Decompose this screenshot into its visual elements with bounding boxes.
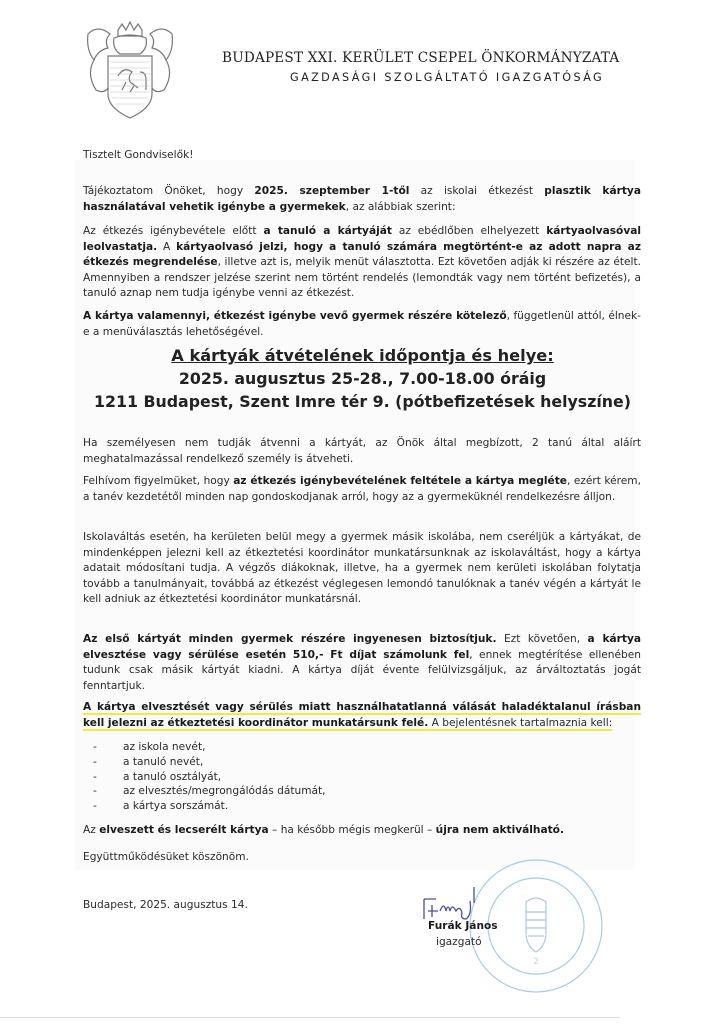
org-department: GAZDASÁGI SZOLGÁLTATÓ IGAZGATÓSÁG — [290, 71, 604, 84]
proxy-paragraph: Ha személyesen nem tudják átvenni a kárt… — [83, 436, 641, 467]
svg-text:2: 2 — [533, 957, 538, 966]
signature-icon — [422, 885, 492, 925]
list-item: az elvesztés/megrongálódás dátumát, — [83, 784, 326, 799]
pickup-date: 2025. augusztus 25-28., 7.00-18.00 óráig — [75, 369, 650, 388]
report-paragraph: A kártya elvesztését vagy sérülés miatt … — [83, 700, 641, 731]
pickup-place: 1211 Budapest, Szent Imre tér 9. (pótbef… — [75, 392, 650, 411]
card-reader-paragraph: Az étkezés igénybevétele előtt a tanuló … — [83, 224, 641, 302]
school-change-paragraph: Iskolaváltás esetén, ha kerületen belül … — [83, 530, 641, 608]
org-name: BUDAPEST XXI. KERÜLET CSEPEL ÖNKORMÁNYZA… — [222, 50, 619, 66]
mandatory-paragraph: A kártya valamennyi, étkezést igénybe ve… — [83, 309, 641, 340]
signatory-name: Furák János — [428, 920, 498, 932]
coat-of-arms-icon — [78, 20, 182, 124]
lost-card-paragraph: Az elveszett és lecserélt kártya – ha ké… — [83, 823, 641, 839]
page-bottom-edge — [0, 1017, 620, 1018]
list-item: az iskola nevét, — [83, 740, 326, 755]
list-item: a tanuló osztályát, — [83, 770, 326, 785]
highlighted-text: A kártya elvesztését vagy sérülés miatt … — [83, 701, 641, 729]
list-item: a tanuló nevét, — [83, 755, 326, 770]
greeting: Tisztelt Gondviselők! — [83, 148, 641, 164]
report-requirements-list: az iskola nevét, a tanuló nevét, a tanul… — [83, 740, 326, 814]
pickup-title: A kártyák átvételének időpontja és helye… — [75, 346, 650, 365]
signatory-title: igazgató — [436, 936, 482, 948]
intro-paragraph: Tájékoztatom Önöket, hogy 2025. szeptemb… — [83, 184, 641, 215]
list-item: a kártya sorszámát. — [83, 799, 326, 814]
attention-paragraph: Felhívom figyelmüket, hogy az étkezés ig… — [83, 474, 641, 505]
fee-paragraph: Az első kártyát minden gyermek részére i… — [83, 632, 641, 694]
